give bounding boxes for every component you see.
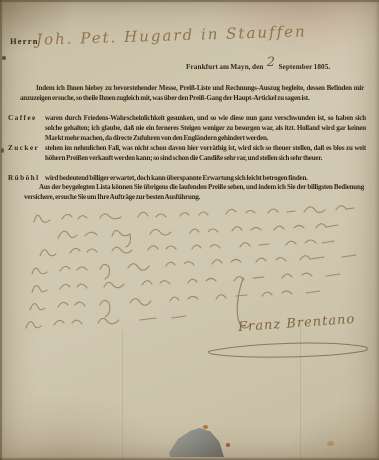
- closing-paragraph: Aus der beygelegten Lista können Sie übr…: [24, 182, 364, 202]
- recipient-handwritten: Joh. Pet. Hugard in Stauffen: [36, 21, 336, 48]
- paragraph-zucker: Zucker stehen im nehmlichen Fall, was ni…: [8, 143, 366, 163]
- paper-speck: [2, 56, 6, 60]
- signature-flourish: [208, 343, 367, 357]
- item-text-zucker: stehen im nehmlichen Fall, was nicht sch…: [45, 143, 366, 163]
- dateline-rest: September 1805.: [278, 63, 330, 71]
- intro-paragraph: Indem ich Ihnen hiebey zu bevorstehender…: [20, 83, 364, 103]
- dateline-place: Frankfurt am Mayn, den: [186, 63, 263, 71]
- item-label-caffee: Caffee: [8, 113, 37, 122]
- paper-speck: [327, 441, 334, 446]
- signature: Franz Brentano: [238, 312, 356, 335]
- paper-edge: [0, 0, 379, 2]
- item-label-ruboehl: Rüböhl: [8, 173, 40, 182]
- salutation: Herrn: [10, 36, 39, 46]
- paper-edge: [0, 0, 2, 460]
- dateline-day-handwritten: 2: [267, 55, 275, 70]
- paper-speck: [203, 425, 208, 429]
- item-text-caffee: waren durch Friedens-Wahrscheinlichkeit …: [45, 113, 366, 143]
- paper-speck: [226, 443, 230, 447]
- fold-crease: [122, 330, 123, 460]
- seal-hole: [169, 428, 225, 457]
- fold-crease: [300, 320, 301, 460]
- paragraph-caffee: Caffee waren durch Friedens-Wahrscheinli…: [8, 113, 366, 143]
- item-label-zucker: Zucker: [8, 143, 39, 152]
- paper-speck: [1, 148, 4, 153]
- dateline: Frankfurt am Mayn, den 2 September 1805.: [186, 58, 330, 73]
- letter-document: Herrn Joh. Pet. Hugard in Stauffen Frank…: [0, 0, 379, 460]
